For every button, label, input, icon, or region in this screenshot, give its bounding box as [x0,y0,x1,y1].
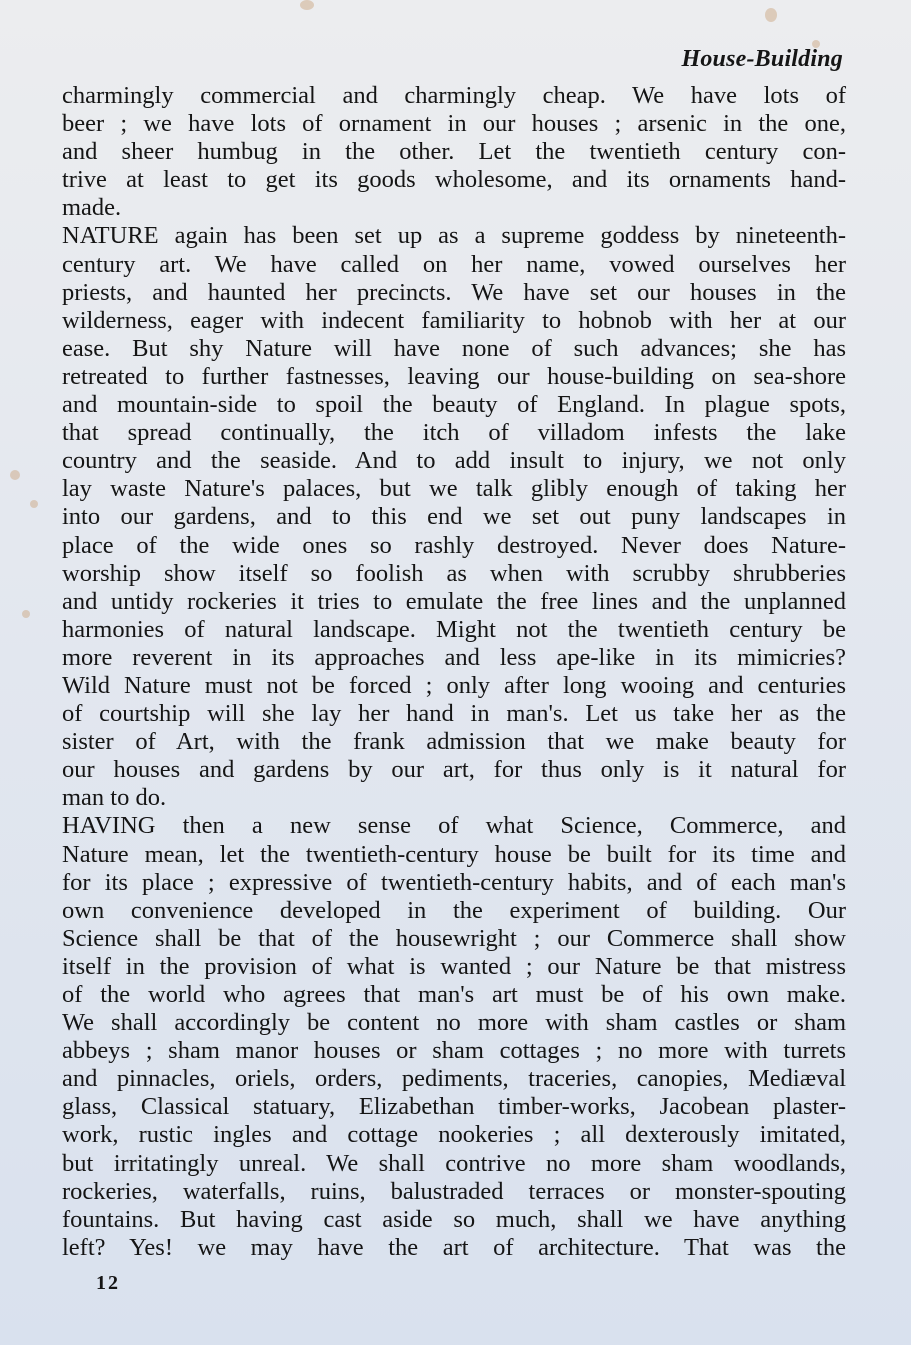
text-line: of the world who agrees that man's art m… [62,981,846,1009]
text-line: man to do. [62,784,846,812]
text-line: HAVING then a new sense of what Science,… [62,812,846,840]
text-line: Nature mean, let the twentieth-century h… [62,841,846,869]
text-line: trive at least to get its goods wholesom… [62,166,846,194]
text-line: We shall accordingly be content no more … [62,1009,846,1037]
paper-stain [300,0,314,10]
text-line: itself in the provision of what is wante… [62,953,846,981]
text-line: century art. We have called on her name,… [62,251,846,279]
text-line: made. [62,194,846,222]
text-line: place of the wide ones so rashly destroy… [62,532,846,560]
text-line: priests, and haunted her precincts. We h… [62,279,846,307]
running-head: House-Building [681,46,843,73]
text-line: worship show itself so foolish as when w… [62,560,846,588]
text-line: for its place ; expressive of twentieth-… [62,869,846,897]
text-line: beer ; we have lots of ornament in our h… [62,110,846,138]
text-line: harmonies of natural landscape. Might no… [62,616,846,644]
text-line: fountains. But having cast aside so much… [62,1206,846,1234]
paper-stain [30,500,38,508]
text-line: Science shall be that of the housewright… [62,925,846,953]
text-line: rockeries, waterfalls, ruins, balustrade… [62,1178,846,1206]
text-line: and pinnacles, oriels, orders, pediments… [62,1065,846,1093]
paper-stain [10,470,20,480]
body-text: charmingly commercial and charmingly che… [62,82,846,1262]
text-line: glass, Classical statuary, Elizabethan t… [62,1093,846,1121]
text-line: NATURE again has been set up as a suprem… [62,222,846,250]
text-line: and mountain-side to spoil the beauty of… [62,391,846,419]
text-line: abbeys ; sham manor houses or sham cotta… [62,1037,846,1065]
text-line: and sheer humbug in the other. Let the t… [62,138,846,166]
text-line: of courtship will she lay her hand in ma… [62,700,846,728]
text-line: own convenience developed in the experim… [62,897,846,925]
text-line: our houses and gardens by our art, for t… [62,756,846,784]
text-line: left? Yes! we may have the art of archit… [62,1234,846,1262]
text-line: wilderness, eager with indecent familiar… [62,307,846,335]
text-line: more reverent in its approaches and less… [62,644,846,672]
paper-stain [22,610,30,618]
text-line: that spread continually, the itch of vil… [62,419,846,447]
text-line: country and the seaside. And to add insu… [62,447,846,475]
text-line: into our gardens, and to this end we set… [62,503,846,531]
text-line: lay waste Nature's palaces, but we talk … [62,475,846,503]
page-number: 12 [96,1272,120,1295]
text-line: and untidy rockeries it tries to emulate… [62,588,846,616]
text-line: sister of Art, with the frank admission … [62,728,846,756]
text-line: Wild Nature must not be forced ; only af… [62,672,846,700]
text-line: ease. But shy Nature will have none of s… [62,335,846,363]
text-line: but irritatingly unreal. We shall contri… [62,1150,846,1178]
text-line: retreated to further fastnesses, leaving… [62,363,846,391]
text-line: charmingly commercial and charmingly che… [62,82,846,110]
paper-stain [765,8,777,22]
text-line: work, rustic ingles and cottage nookerie… [62,1121,846,1149]
